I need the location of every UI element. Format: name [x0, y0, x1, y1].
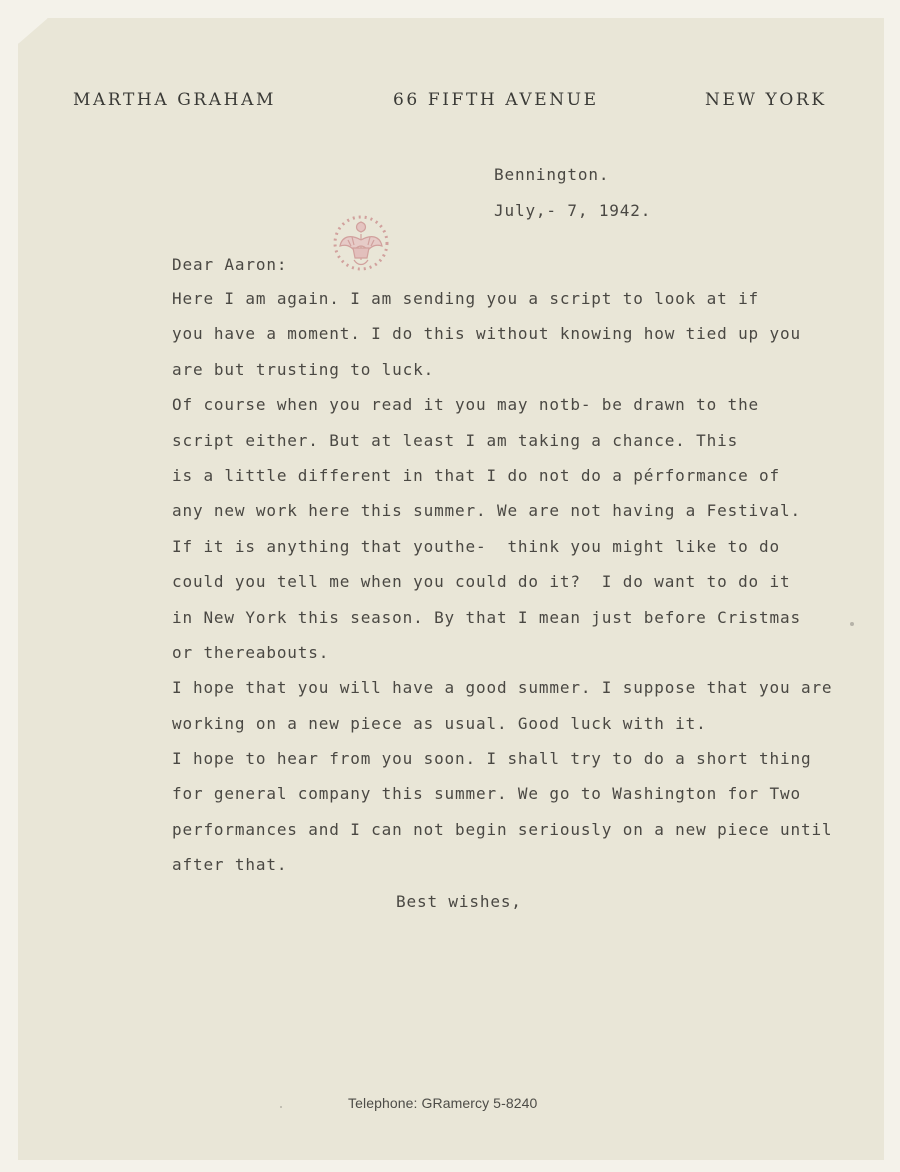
- letterhead-name: MARTHA GRAHAM: [73, 88, 276, 112]
- letter-body: Here I am again. I am sending you a scri…: [172, 288, 832, 890]
- body-line: Of course when you read it you may notb-…: [172, 394, 832, 429]
- body-line: for general company this summer. We go t…: [172, 783, 832, 818]
- body-line: you have a moment. I do this without kno…: [172, 323, 832, 358]
- body-line: I hope that you will have a good summer.…: [172, 677, 832, 712]
- body-line: is a little different in that I do not d…: [172, 465, 832, 500]
- salutation: Dear Aaron:: [172, 254, 287, 276]
- footer-telephone: Telephone: GRamercy 5-8240: [348, 1095, 537, 1111]
- body-line: any new work here this summer. We are no…: [172, 500, 832, 535]
- body-line: I hope to hear from you soon. I shall tr…: [172, 748, 832, 783]
- letterhead-address: 66 FIFTH AVENUE: [393, 88, 599, 112]
- library-seal-eagle-icon: [318, 200, 404, 286]
- body-line: working on a new piece as usual. Good lu…: [172, 713, 832, 748]
- closing: Best wishes,: [396, 891, 522, 913]
- body-line: Here I am again. I am sending you a scri…: [172, 288, 832, 323]
- letterhead-city: NEW YORK: [705, 88, 827, 112]
- paper-speck: [280, 1106, 282, 1108]
- letter-place: Bennington.: [494, 164, 609, 186]
- letter-date: July,- 7, 1942.: [494, 200, 651, 222]
- paper-smudge: [850, 622, 854, 626]
- body-line: script either. But at least I am taking …: [172, 430, 832, 465]
- body-line: If it is anything that youthe- think you…: [172, 536, 832, 571]
- body-line: are but trusting to luck.: [172, 359, 832, 394]
- body-line: after that.: [172, 854, 832, 889]
- body-line: in New York this season. By that I mean …: [172, 607, 832, 642]
- body-line: performances and I can not begin serious…: [172, 819, 832, 854]
- body-line: could you tell me when you could do it? …: [172, 571, 832, 606]
- body-line: or thereabouts.: [172, 642, 832, 677]
